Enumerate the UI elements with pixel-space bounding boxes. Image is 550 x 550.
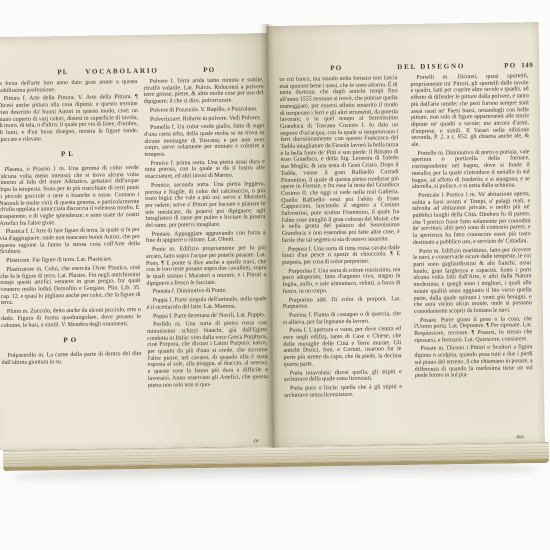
entry-paragraph: Polverizzare. Ridurre in polvere. Vedi P… bbox=[144, 115, 264, 123]
entry-paragraph: Polpastrello m. La carne della parte di … bbox=[1, 351, 141, 366]
entry-paragraph: Poppa f. Parte singola dell'animale, nel… bbox=[147, 296, 267, 311]
section-heading: PL bbox=[0, 150, 139, 159]
text-column: Portelli m. Diconsi, quasi sportelli, pr… bbox=[410, 73, 533, 443]
open-book: PL VOCABOLARIO PO la forza dell'arte lor… bbox=[0, 12, 550, 494]
entry-paragraph: ce col fuoco, ma stando nella fornace no… bbox=[279, 75, 399, 244]
entry-paragraph: Porta intavolata: dicesi quella, gli sti… bbox=[284, 369, 402, 384]
entry-paragraph: la forza dell'arte loro anno dato gran n… bbox=[0, 79, 138, 94]
running-head-title: VOCABOLARIO bbox=[85, 67, 158, 76]
entry-paragraph: Polvere f. Terra arida tanto minuta e so… bbox=[143, 77, 263, 106]
page-number: 149 bbox=[521, 61, 533, 69]
entry-paragraph: Portello m. Diminutivo di porto o portai… bbox=[411, 149, 530, 191]
entry-paragraph: Pittura f. Arte della Pittura. V. Arte d… bbox=[0, 94, 138, 143]
entry-paragraph: Poppa f. Parte derettana de' Navili. Lat… bbox=[147, 312, 267, 320]
entry-paragraph: Pomella f. Un color verde giallo, fatto … bbox=[144, 123, 264, 158]
entry-paragraph: Ponte m. Edifizio propriamente per lo pi… bbox=[146, 245, 267, 287]
entry-paragraph: Porto m. Edifizio marittimo, fatto per r… bbox=[413, 247, 532, 316]
running-head-section-right: PO bbox=[203, 66, 215, 74]
entry-paragraph: Plasma, o Prassio } m. Una gemma di colo… bbox=[0, 165, 140, 227]
left-page: PL VOCABOLARIO PO la forza dell'arte lor… bbox=[0, 33, 273, 450]
running-head-section-right: PO bbox=[504, 61, 516, 69]
entry-paragraph: Pomice, seconda sorta. Una pietra leggie… bbox=[145, 181, 266, 230]
catchword: mo bbox=[516, 435, 523, 442]
entry-paragraph: Posare. Porre giuso il peso o la cosa, c… bbox=[414, 316, 532, 345]
entry-paragraph: Porta f. L'apertura o vano, per dove s'e… bbox=[283, 326, 402, 368]
entry-paragraph: Porticale } Portico } m. Vo' abitazione … bbox=[412, 191, 531, 246]
entry-paragraph: Porporina f. Una sorta di colore rossiss… bbox=[282, 267, 400, 296]
entry-paragraph: Pomice f. prima sorta. Una pietra assai … bbox=[145, 159, 265, 181]
entry-paragraph: Posare m. Dicono i Pittori o Scultori a … bbox=[414, 345, 532, 380]
entry-paragraph: Plasticare. Far figure di terra. Lat. Pl… bbox=[0, 256, 140, 265]
text-column: Polvere f. Terra arida tanto minuta e so… bbox=[143, 77, 268, 447]
running-head-title: DEL DISEGNO bbox=[397, 62, 465, 71]
running-head-section-left: PL bbox=[57, 68, 68, 76]
entry-paragraph: Porrina f. Pianta di castagno o di querc… bbox=[283, 311, 401, 326]
entry-paragraph: Pontata f. Diminutivo di Ponte. bbox=[147, 288, 267, 296]
text-column: ce col fuoco, ma stando nella fornace no… bbox=[279, 75, 402, 445]
text-column: la forza dell'arte loro anno dato gran n… bbox=[0, 79, 143, 449]
book-photograph: PL VOCABOLARIO PO la forza dell'arte lor… bbox=[0, 0, 550, 550]
entry-paragraph: Portelli m. Diconsi, quasi sportelli, pr… bbox=[410, 73, 529, 148]
entry-paragraph: Porfido m. Una sorta di pietra rossa con… bbox=[147, 320, 268, 389]
entry-paragraph: Porporino add. Di color di porpora. Lat.… bbox=[283, 296, 401, 311]
catchword: ce bbox=[253, 439, 258, 446]
entry-paragraph: Porpora f. Una sorta di tinta rossa cava… bbox=[282, 245, 400, 267]
entry-paragraph: Plastica f. L'Arte di fare figure di ter… bbox=[0, 227, 140, 256]
entry-paragraph: Polvere di Pozzuolo. V. Rapillo, e Pozzo… bbox=[144, 106, 264, 114]
entry-paragraph: Plinto m. Zoccolo, detto anche da alcuni… bbox=[1, 307, 141, 329]
right-page: PO DEL DISEGNO PO 149 ce col fuoco, ma s… bbox=[267, 22, 545, 446]
entry-paragraph: Plasticatore m. Colui, che esercita l'Ar… bbox=[0, 265, 141, 307]
running-head-section-left: PO bbox=[330, 64, 342, 72]
section-heading: PO bbox=[1, 336, 141, 345]
entry-paragraph: Pontare. Appoggiare aggravando con forza… bbox=[146, 230, 266, 245]
entry-paragraph: Porta pura o liscia: quella che à gli st… bbox=[284, 384, 402, 399]
